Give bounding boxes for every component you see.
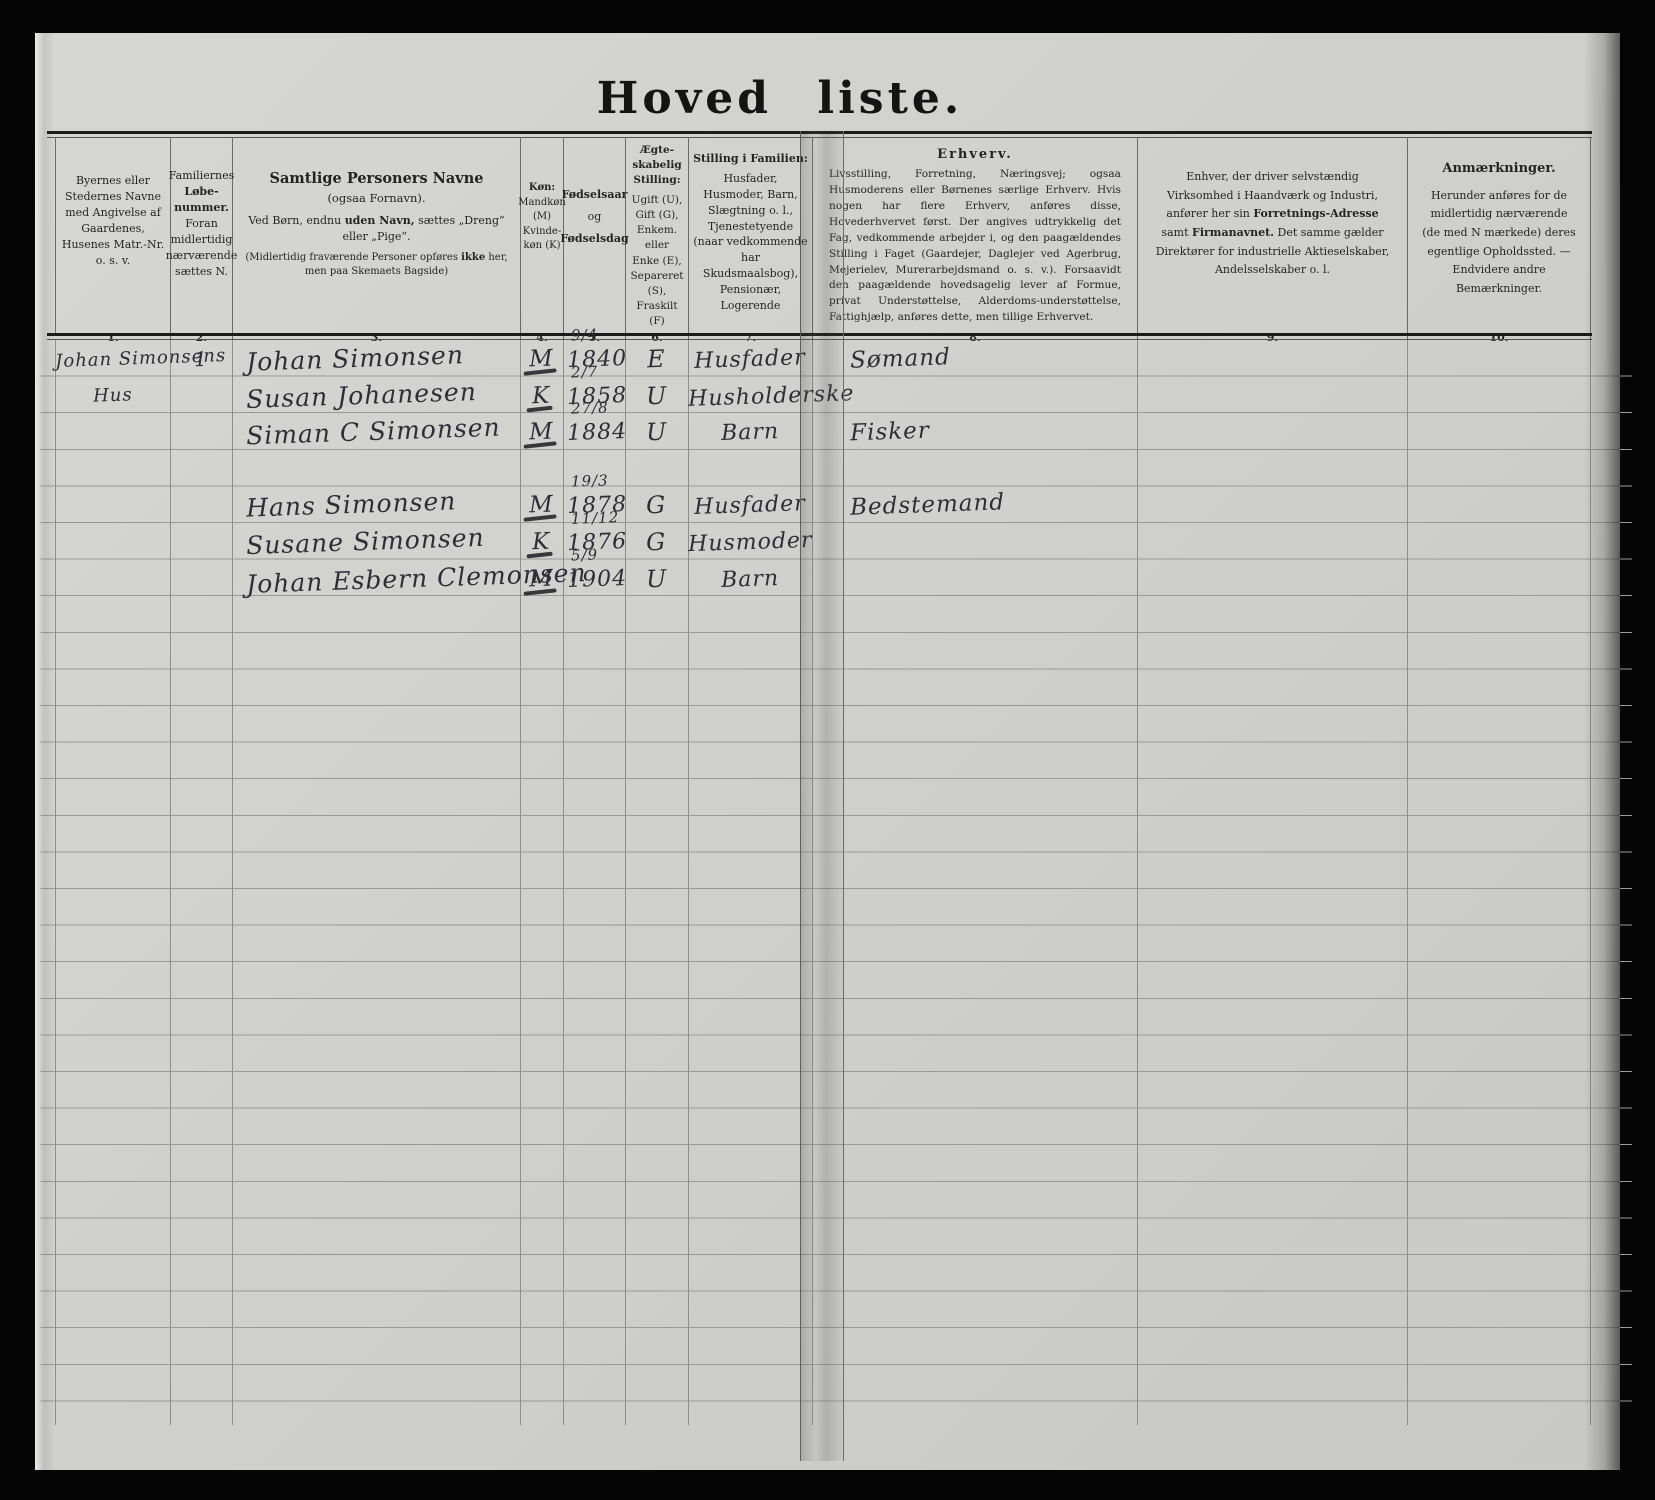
entry-marital: G [625,523,688,560]
header-title: Anmærkninger. [1420,158,1578,180]
header-line: (Midlertidig fraværende Personer opføres [245,252,461,263]
entry-occupation: Sømand [812,340,1137,377]
column-header-occupation: Erhverv. Livsstilling, Forretning, Nærin… [813,137,1138,352]
column-header-family-position: Stilling i Familien: Husfader, Husmoder,… [689,137,813,352]
entry-name: Hans Simonsen [232,486,520,523]
name-text: Hans Simonsen [246,482,457,520]
entry-birth: 27/81884 [563,413,625,450]
entry-name: Johan Esbern Clemonsen [232,560,520,597]
column-header-business-address: Enhver, der driver selvstændig Virksomhe… [1138,137,1408,352]
header-title: Køn: [529,182,555,193]
sex-text: M [529,413,555,445]
entry-sex: M [520,413,563,450]
header-line-bold: ikke [461,252,485,263]
occupation-text: Sømand [849,338,951,372]
header-line: Husfader, Husmoder, Barn, Slægtning o. l… [693,172,807,313]
header-line-bold: Fødselsdag [560,231,628,247]
column-header-text: Køn: Mandkøn (M) Kvinde-køn (K) [518,181,566,254]
census-entry-row: Susane Simonsen K 11/121876 G Husmoder [55,523,1590,560]
census-entry-row: Siman C Simonsen M 27/81884 U Barn Fiske… [55,413,1590,450]
sex-text: M [529,340,555,372]
name-text: Siman C Simonsen [246,409,501,449]
header-line: Livsstilling, Forretning, Næringsvej; og… [829,168,1121,323]
position-text: Barn [720,412,779,445]
occupation-text: Bedstemand [850,483,1006,519]
column-header-remarks: Anmærkninger. Herunder anføres for de mi… [1408,137,1591,352]
entry-family-number: 1 [170,340,232,377]
place-text: Hus [92,376,132,405]
header-bottom-rule [47,333,1592,340]
column-header-text: Familiernes Løbe-nummer. Foran midlertid… [166,168,238,280]
sex-text: M [529,560,555,592]
family-number-text: 1 [194,340,209,369]
column-header-family-number: Familiernes Løbe-nummer. Foran midlertid… [171,137,233,352]
header-line: Familiernes [169,169,234,182]
entry-sex: M [520,340,563,377]
header-note: (Midlertidig fraværende Personer opføres… [237,251,516,279]
sex-text: K [532,377,551,409]
scanned-census-page: Hoved liste. Byernes eller Stedernes Nav… [0,0,1655,1500]
entry-occupation: Fisker [812,413,1137,450]
entry-position: Husfader [688,340,812,377]
header-line-bold: Løbe-nummer. [174,185,229,214]
column-header-names: Samtlige Personers Navne (ogsaa Fornavn)… [233,137,521,352]
entry-marital: U [625,560,688,597]
entry-position: Barn [688,560,812,597]
header-line: Ved Børn, endnu [248,214,344,227]
census-entry-row: Johan Simonsens 1 Johan Simonsen M 9/418… [55,340,1590,377]
column-header-text: Enhver, der driver selvstændig Virksomhe… [1142,168,1403,280]
column-header-text: Byernes eller Stedernes Navne med Angive… [60,173,166,269]
column-header-text: Samtlige Personers Navne (ogsaa Fornavn)… [237,168,516,279]
birth-year-text: 1884 [566,412,627,445]
entry-marital: G [625,486,688,523]
header-line-bold: Forretnings-Adresse [1253,207,1378,220]
census-entry-row: Johan Esbern Clemonsen M 5/91904 U Barn [55,560,1590,597]
column-header-text: Ægte-skabelig Stilling: Ugift (U), Gift … [630,143,684,330]
position-text: Barn [720,559,779,592]
column-header-text: Stilling i Familien: Husfader, Husmoder,… [693,151,808,314]
entry-position: Husholderske [688,377,812,414]
entry-sex: M [520,560,563,597]
entry-position: Barn [688,413,812,450]
column-header-text: Anmærkninger. Herunder anføres for de mi… [1412,158,1586,298]
census-entry-row: Hans Simonsen M 19/31878 G Husfader Beds… [55,486,1590,523]
header-title: Erhverv. [829,145,1121,165]
entry-place: Hus [55,377,170,414]
header-line: og [560,209,628,225]
position-text: Husfader [694,484,807,519]
entry-marital: U [625,413,688,450]
column-header-place: Byernes eller Stedernes Navne med Angive… [56,137,171,352]
header-title: Samtlige Personers Navne [237,168,516,189]
sex-text: M [529,486,555,518]
entry-name: Siman C Simonsen [232,413,520,450]
header-line: samt [1161,226,1192,239]
entry-place: Johan Simonsens [55,340,170,377]
position-text: Husmoder [687,521,812,556]
entry-sex: K [520,377,563,414]
header-line-bold: Firmanavnet. [1192,226,1274,239]
column-header-marital-status: Ægte-skabelig Stilling: Ugift (U), Gift … [626,137,689,352]
entry-marital: E [625,340,688,377]
marital-text: U [645,560,667,592]
name-text: Susane Simonsen [246,519,485,558]
table-body: Johan Simonsens 1 Johan Simonsen M 9/418… [40,340,1632,1425]
entry-birth: 5/91904 [563,560,625,597]
entry-position: Husmoder [688,523,812,560]
table-header: Byernes eller Stedernes Navne med Angive… [55,137,1591,333]
header-line: Herunder anføres for de midlertidig nærv… [1422,189,1575,295]
column-header-text: Erhverv. Livsstilling, Forretning, Nærin… [817,145,1133,326]
marital-text: G [646,523,667,555]
occupation-text: Fisker [849,412,930,446]
paper: Hoved liste. Byernes eller Stedernes Nav… [35,33,1620,1470]
header-line: Mandkøn (M) Kvinde-køn (K) [518,197,566,252]
page-title: Hoved liste. [35,73,1525,124]
position-text: Husfader [694,338,807,373]
census-entry-row: Hus Susan Johanesen K 2/71858 U Husholde… [55,377,1590,414]
marital-text: U [645,413,667,445]
sex-text: K [532,523,551,555]
entry-position: Husfader [688,486,812,523]
marital-text: U [645,377,667,409]
header-line-bold: Fødselsaar [560,187,628,203]
birth-year-text: 1904 [566,559,627,592]
column-header-sex: Køn: Mandkøn (M) Kvinde-køn (K) 4. [521,137,564,352]
column-header-text: Fødselsaar og Fødselsdag [560,181,628,253]
header-line-bold: uden Navn, [345,214,415,227]
header-title: Ægte-skabelig Stilling: [630,143,684,189]
header-title: Stilling i Familien: [693,151,808,167]
header-subtitle: (ogsaa Fornavn). [237,190,516,207]
header-line: Ugift (U), Gift (G), Enkem. eller Enke (… [630,194,683,328]
column-header-birth: Fødselsaar og Fødselsdag 5. [564,137,626,352]
entry-name: Johan Simonsen [232,340,520,377]
entry-occupation: Bedstemand [812,486,1137,523]
entry-sex: M [520,486,563,523]
entry-marital: U [625,377,688,414]
marital-text: G [646,486,667,518]
name-text: Johan Simonsen [246,336,465,375]
entry-name: Susane Simonsen [232,523,520,560]
header-line: Foran midlertidig nærværende sættes N. [166,217,238,278]
name-text: Susan Johanesen [246,373,478,412]
marital-text: E [647,340,667,372]
